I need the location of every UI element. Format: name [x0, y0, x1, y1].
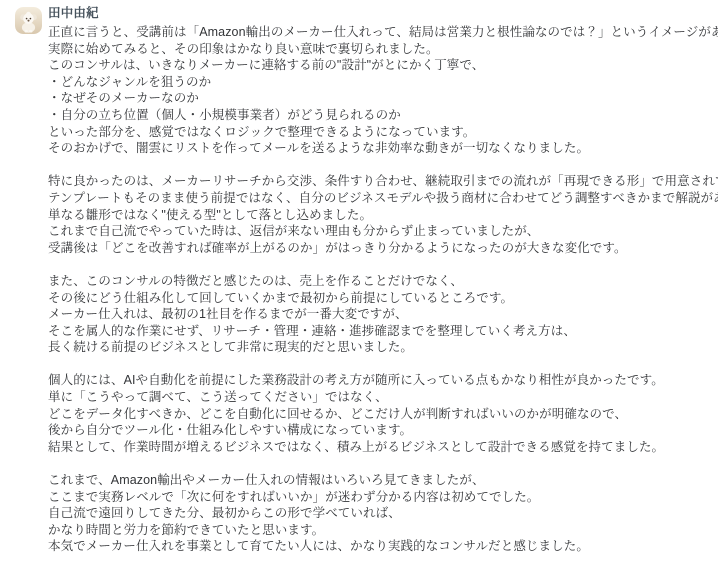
author-name[interactable]: 田中由紀 — [48, 5, 706, 22]
message-line: ・自分の立ち位置（個人・小規模事業者）がどう見られるのか — [48, 107, 706, 124]
message-line: ここまで実務レベルで「次に何をすればいいか」が迷わず分かる内容は初めてでした。 — [48, 489, 706, 506]
message-line: 単なる雛形ではなく"使える型"として落とし込めました。 — [48, 207, 706, 224]
message-line: その後にどう仕組み化して回していくかまで最初から前提にしているところです。 — [48, 290, 706, 307]
message-line: 正直に言うと、受講前は「Amazon輸出のメーカー仕入れって、結局は営業力と根性… — [48, 24, 706, 41]
dog-avatar-icon — [15, 7, 42, 34]
message-line: そこを属人的な作業にせず、リサーチ・管理・連絡・進捗確認までを整理していく考え方… — [48, 323, 706, 340]
paragraph-spacer — [48, 256, 706, 273]
message-line: 本気でメーカー仕入れを事業として育てたい人には、かなり実践的なコンサルだと感じま… — [48, 538, 706, 555]
message-line: 特に良かったのは、メーカーリサーチから交渉、条件すり合わせ、継続取引までの流れが… — [48, 173, 706, 190]
chat-message: 田中由紀 正直に言うと、受講前は「Amazon輸出のメーカー仕入れって、結局は営… — [0, 0, 718, 563]
message-line: これまで自己流でやっていた時は、返信が来ない理由も分からず止まっていましたが、 — [48, 223, 706, 240]
message-line: 実際に始めてみると、その印象はかなり良い意味で裏切られました。 — [48, 41, 706, 58]
message-line: そのおかげで、闇雲にリストを作ってメールを送るような非効率な動きが一切なくなりま… — [48, 140, 706, 157]
message-line: 個人的には、AIや自動化を前提にした業務設計の考え方が随所に入っている点もかなり… — [48, 372, 706, 389]
paragraph-spacer — [48, 157, 706, 174]
message-line: といった部分を、感覚ではなくロジックで整理できるようになっています。 — [48, 124, 706, 141]
message-body: 正直に言うと、受講前は「Amazon輸出のメーカー仕入れって、結局は営業力と根性… — [48, 24, 706, 555]
message-line: これまで、Amazon輸出やメーカー仕入れの情報はいろいろ見てきましたが、 — [48, 472, 706, 489]
message-line: 長く続ける前提のビジネスとして非常に現実的だと思いました。 — [48, 339, 706, 356]
message-line: かなり時間と労力を節約できていたと思います。 — [48, 522, 706, 539]
message-line: どこをデータ化すべきか、どこを自動化に回せるか、どこだけ人が判断すればいいのかが… — [48, 406, 706, 423]
message-line: ・なぜそのメーカーなのか — [48, 90, 706, 107]
message-line: 後から自分でツール化・仕組み化しやすい構成になっています。 — [48, 422, 706, 439]
message-line: メーカー仕入れは、最初の1社目を作るまでが一番大変ですが、 — [48, 306, 706, 323]
paragraph-spacer — [48, 455, 706, 472]
message-line: 受講後は「どこを改善すれば確率が上がるのか」がはっきり分かるようになったのが大き… — [48, 240, 706, 257]
message-line: 単に「こうやって調べて、こう送ってください」ではなく、 — [48, 389, 706, 406]
message-line: 結果として、作業時間が増えるビジネスではなく、積み上がるビジネスとして設計できる… — [48, 439, 706, 456]
message-line: このコンサルは、いきなりメーカーに連絡する前の"設計"がとにかく丁寧で、 — [48, 57, 706, 74]
message-line: ・どんなジャンルを狙うのか — [48, 74, 706, 91]
paragraph-spacer — [48, 356, 706, 373]
message-line: テンプレートもそのまま使う前提ではなく、自分のビジネスモデルや扱う商材に合わせて… — [48, 190, 706, 207]
message-line: 自己流で遠回りしてきた分、最初からこの形で学べていれば、 — [48, 505, 706, 522]
user-avatar[interactable] — [15, 7, 42, 34]
message-line: また、このコンサルの特徴だと感じたのは、売上を作ることだけでなく、 — [48, 273, 706, 290]
